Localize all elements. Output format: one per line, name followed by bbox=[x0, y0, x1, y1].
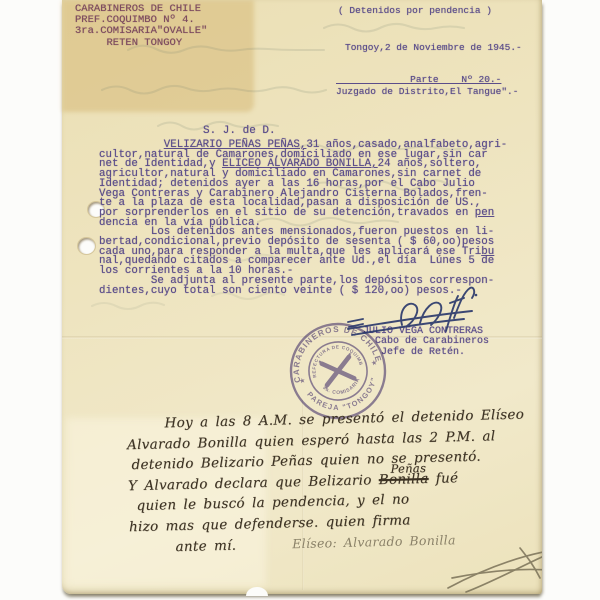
paragraph-1: VELIZARIO PEÑAS PEÑAS,31 años,casado,ana… bbox=[99, 141, 519, 228]
torn-edge-notch bbox=[246, 587, 268, 596]
document-photo: CARABINEROS DE CHILEPREF.COQUIMBO Nº 4.3… bbox=[0, 0, 600, 600]
letterhead: CARABINEROS DE CHILEPREF.COQUIMBO Nº 4.3… bbox=[75, 4, 207, 49]
stamp-star-left: ★ bbox=[298, 376, 306, 385]
paragraph-2: Los detenidos antes mensionados,fueron p… bbox=[99, 228, 519, 277]
punch-hole-bottom bbox=[78, 238, 95, 254]
paragraph-3: Se adjunta al presente parte,los depósit… bbox=[99, 277, 519, 296]
parte-reference: Parte Nº 20.-Juzgado de Distrito,El Tang… bbox=[336, 74, 518, 97]
date-line: Tongoy,2 de Noviembre de 1945.- bbox=[345, 42, 522, 53]
body-text: VELIZARIO PEÑAS PEÑAS,31 años,casado,ana… bbox=[99, 141, 519, 296]
crossed-carbines-emblem bbox=[322, 357, 354, 385]
handwritten-note: Hoy a las 8 A.M. se presentó el detenido… bbox=[60, 404, 543, 560]
salutation: S. J. de D. bbox=[203, 125, 276, 137]
paper: CARABINEROS DE CHILEPREF.COQUIMBO Nº 4.3… bbox=[62, 0, 542, 594]
subject-line: ( Detenidos por pendencia ) bbox=[338, 5, 492, 16]
